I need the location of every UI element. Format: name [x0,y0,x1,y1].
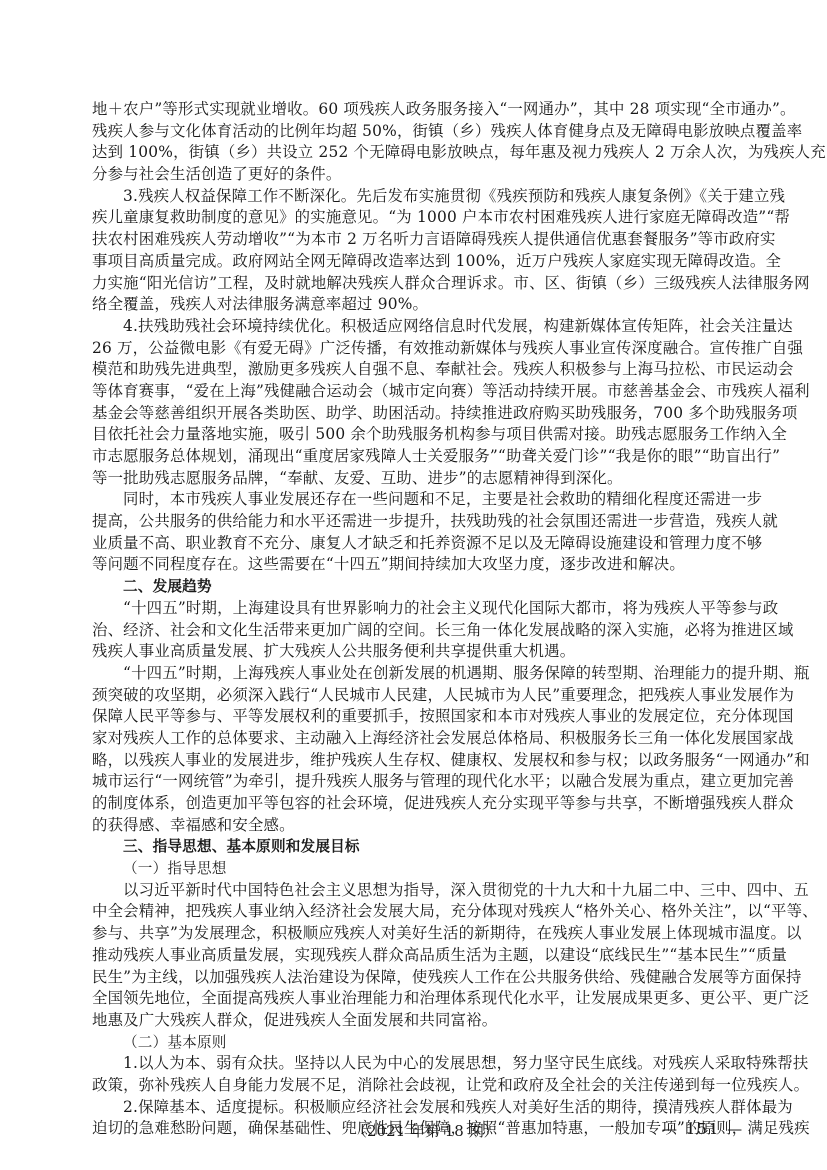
document-body: 地＋农户”等形式实现就业增收。60 项残疾人政务服务接入“一网通办”，其中 28… [92,99,734,1140]
paragraph-start-line: 同时，本市残疾人事业发展还存在一些问题和不足，主要是社会救助的精细化程度还需进一… [92,489,734,511]
text-line: 中全会精神，把残疾人事业纳入经济社会发展大局，充分体现对残疾人“格外关心、格外关… [92,901,734,923]
text-line: 推动残疾人事业高质量发展，实现残疾人群众高品质生活为主题，以建设“底线民生”“基… [92,945,734,967]
text-line: 城市运行“一网统管”为牵引，提升残疾人服务与管理的现代化水平；以融合发展为重点，… [92,771,734,793]
paragraph-end-line: 政策，弥补残疾人自身能力发展不足，消除社会歧视，让党和政府及全社会的关注传递到每… [92,1075,734,1097]
paragraph-start-line: “十四五”时期，上海残疾人事业处在创新发展的机遇期、服务保障的转型期、治理能力的… [92,663,734,685]
text-line: 家对残疾人工作的总体要求、主动融入上海经济社会发展总体格局、积极服务长三角一体化… [92,728,734,750]
text-line: 参与、共享”为发展理念，积极顺应残疾人对美好生活的新期待，在残疾人事业发展上体现… [92,923,734,945]
text-line: 略，以残疾人事业的发展进步，维护残疾人生存权、健康权、发展权和参与权；以政务服务… [92,750,734,772]
page-footer: （2021 年第 18 期） — 151 — [0,1120,827,1142]
paragraph-start-line: 4.扶残助残社会环境持续优化。积极适应网络信息时代发展，构建新媒体宣传矩阵，社会… [92,316,734,338]
text-line: 力实施“阳光信访”工程，及时就地解决残疾人群众合理诉求。市、区、街镇（乡）三级残… [92,273,734,295]
text-line: 的制度体系，创造更加平等包容的社会环境，促进残疾人充分实现平等参与共享，不断增强… [92,793,734,815]
text-line: 治、经济、社会和文化生活带来更加广阔的空间。长三角一体化发展战略的深入实施，必将… [92,620,734,642]
paragraph-end-line: 地惠及广大残疾人群众，促进残疾人全面发展和共同富裕。 [92,1010,734,1032]
paragraph-start-line: “十四五”时期，上海建设具有世界影响力的社会主义现代化国际大都市，将为残疾人平等… [92,598,734,620]
text-line: 扶农村困难残疾人劳动增收”“为本市 2 万名听力言语障碍残疾人提供通信优惠套餐服… [92,229,734,251]
paragraph-end-line: 残疾人事业高质量发展、扩大残疾人公共服务便利共享提供重大机遇。 [92,641,734,663]
paragraph-end-line: 的获得感、幸福感和安全感。 [92,815,734,837]
section-heading: 三、指导思想、基本原则和发展目标 [92,836,734,858]
text-line: 地＋农户”等形式实现就业增收。60 项残疾人政务服务接入“一网通办”，其中 28… [92,99,734,121]
subsection-heading: （一）指导思想 [92,858,734,880]
text-line: 等体育赛事，“爱在上海”残健融合运动会（城市定向赛）等活动持续开展。市慈善基金会… [92,381,734,403]
paragraph-end-line: 分参与社会生活创造了更好的条件。 [92,164,734,186]
section-heading: 二、发展趋势 [92,576,734,598]
paragraph-end-line: 等问题不同程度存在。这些需要在“十四五”期间持续加大攻坚力度，逐步改进和解决。 [92,554,734,576]
text-line: 业质量不高、职业教育不充分、康复人才缺乏和托养资源不足以及无障碍设施建设和管理力… [92,533,734,555]
text-line: 市志愿服务总体规划，涌现出“重度居家残障人士关爱服务”“助聋关爱门诊”“我是你的… [92,446,734,468]
issue-label: （2021 年第 18 期） [352,1120,499,1141]
text-line: 保障人民平等参与、平等发展权利的重要抓手，按照国家和本市对残疾人事业的发展定位，… [92,706,734,728]
text-line: 残疾人参与文化体育活动的比例年均超 50%，街镇（乡）残疾人体育健身点及无障碍电… [92,121,734,143]
subsection-heading: （二）基本原则 [92,1032,734,1054]
paragraph-end-line: 络全覆盖，残疾人对法律服务满意率超过 90%。 [92,294,734,316]
text-line: 模范和助残先进典型，激励更多残疾人自强不息、奉献社会。残疾人积极参与上海马拉松、… [92,359,734,381]
text-line: 事项目高质量完成。政府网站全网无障碍改造率达到 100%，近万户残疾人家庭实现无… [92,251,734,273]
paragraph-start-line: 2.保障基本、适度提标。积极顺应经济社会发展和残疾人对美好生活的期待，摸清残疾人… [92,1097,734,1119]
text-line: 民生”为主线，以加强残疾人法治建设为保障，使残疾人工作在公共服务供给、残健融合发… [92,967,734,989]
paragraph-start-line: 以习近平新时代中国特色社会主义思想为指导，深入贯彻党的十九大和十九届二中、三中、… [92,880,734,902]
text-line: 26 万，公益微电影《有爱无碍》广泛传播，有效推动新媒体与残疾人事业宣传深度融合… [92,338,734,360]
text-line: 提高，公共服务的供给能力和水平还需进一步提升，扶残助残的社会氛围还需进一步营造，… [92,511,734,533]
text-line: 颈突破的攻坚期，必须深入践行“人民城市人民建，人民城市为人民”重要理念，把残疾人… [92,685,734,707]
text-line: 达到 100%，街镇（乡）共设立 252 个无障碍电影放映点，每年惠及视力残疾人… [92,142,734,164]
paragraph-end-line: 等一批助残志愿服务品牌，“奉献、友爱、互助、进步”的志愿精神得到深化。 [92,468,734,490]
text-line: 疾儿童康复救助制度的意见》的实施意见。“为 1000 户本市农村困难残疾人进行家… [92,207,734,229]
text-line: 目依托社会力量落地实施，吸引 500 余个助残服务机构参与项目供需对接。助残志愿… [92,424,734,446]
paragraph-start-line: 1.以人为本、弱有众扶。坚持以人民为中心的发展思想，努力坚守民生底线。对残疾人采… [92,1053,734,1075]
text-line: 全国领先地位，全面提高残疾人事业治理能力和治理体系现代化水平，让发展成果更多、更… [92,988,734,1010]
text-line: 基金会等慈善组织开展各类助医、助学、助困活动。持续推进政府购买助残服务，700 … [92,403,734,425]
page-number: — 151 — [662,1120,744,1138]
paragraph-start-line: 3.残疾人权益保障工作不断深化。先后发布实施贯彻《残疾预防和残疾人康复条例》《关… [92,186,734,208]
